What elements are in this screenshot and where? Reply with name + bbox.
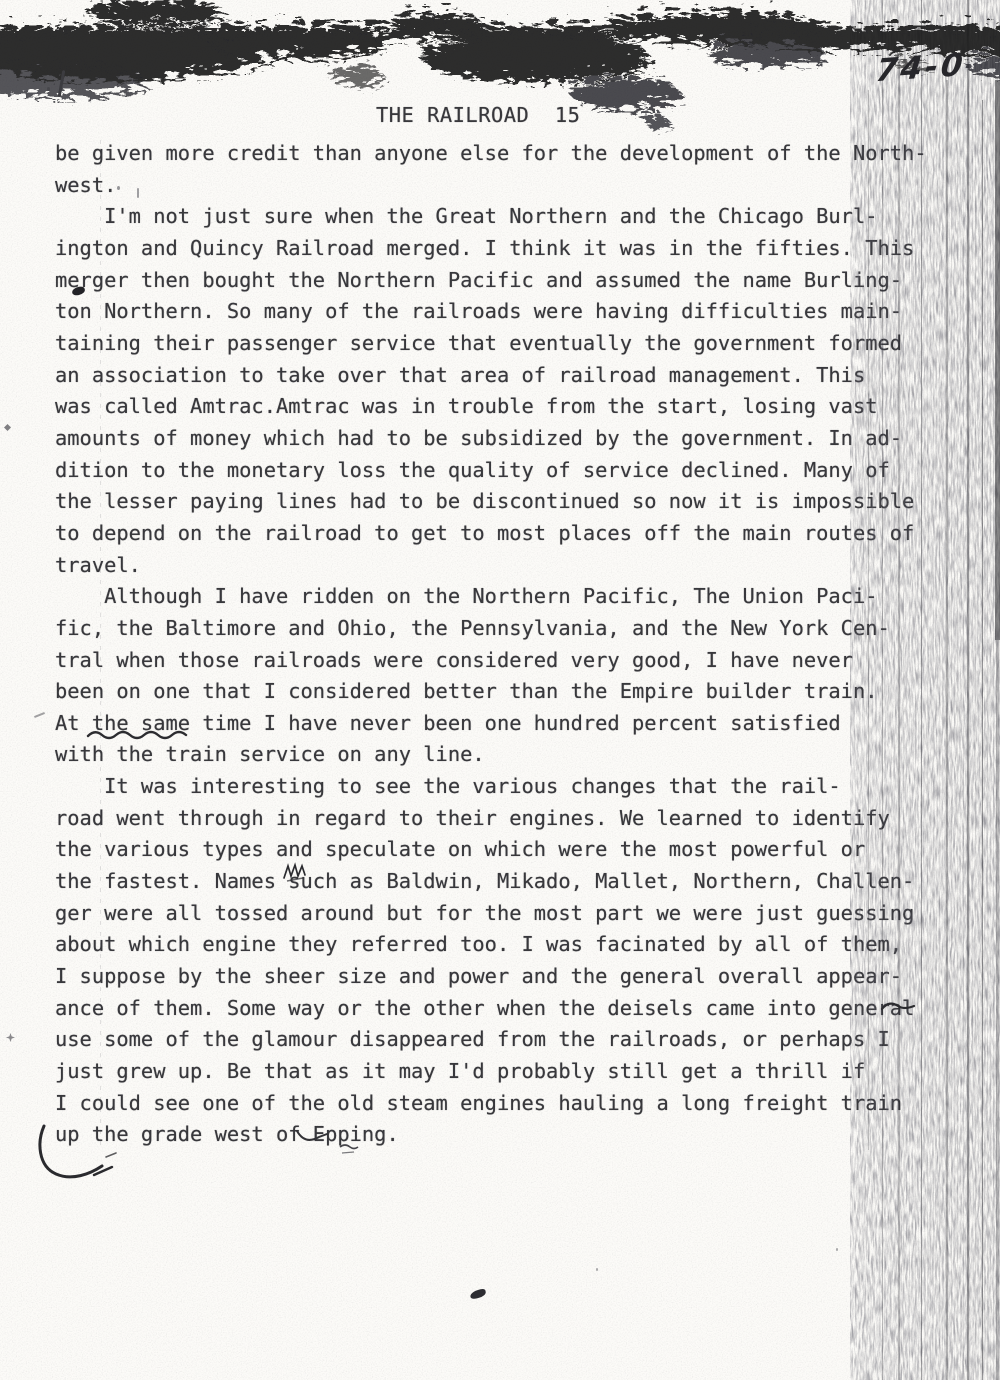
streak-line	[946, 80, 948, 1380]
typed-line: west.	[55, 170, 927, 202]
typed-line: an association to take over that area of…	[55, 360, 927, 392]
typed-line: the lesser paying lines had to be discon…	[55, 486, 927, 518]
typed-line: I could see one of the old steam engines…	[55, 1088, 927, 1120]
typed-line: travel.	[55, 550, 927, 582]
typed-line: fic, the Baltimore and Ohio, the Pennsyl…	[55, 613, 927, 645]
ink-speck	[836, 1248, 838, 1251]
margin-star-mark	[6, 1033, 15, 1042]
typed-line: dition to the monetary loss the quality …	[55, 455, 927, 487]
typed-line: been on one that I considered better tha…	[55, 676, 927, 708]
typed-line: with the train service on any line.	[55, 739, 927, 771]
typed-line: It was interesting to see the various ch…	[55, 771, 927, 803]
typed-line: ance of them. Some way or the other when…	[55, 993, 927, 1025]
typed-line: I suppose by the sheer size and power an…	[55, 961, 927, 993]
scanned-document-page: THE RAILROAD 15 be given more credit tha…	[0, 0, 1000, 1380]
ink-speck	[596, 1268, 598, 1271]
margin-diamond-mark	[4, 424, 11, 431]
typed-line: ington and Quincy Railroad merged. I thi…	[55, 233, 927, 265]
typed-line: I'm not just sure when the Great Norther…	[55, 201, 927, 233]
ink-blob-bottom-center	[469, 1288, 486, 1300]
typed-line: use some of the glamour disappeared from…	[55, 1024, 927, 1056]
typed-line: At the same time I have never been one h…	[55, 708, 927, 740]
typed-line: was called Amtrac.Amtrac was in trouble …	[55, 391, 927, 423]
typed-line: up the grade west of Epping.	[55, 1119, 927, 1151]
typed-line: just grew up. Be that as it may I'd prob…	[55, 1056, 927, 1088]
typed-line: the fastest. Names such as Baldwin, Mika…	[55, 866, 927, 898]
right-edge-dark-streak	[995, 80, 1000, 640]
typed-line: merger then bought the Northern Pacific …	[55, 265, 927, 297]
margin-tick-mark	[34, 712, 45, 718]
typed-line: taining their passenger service that eve…	[55, 328, 927, 360]
typed-line: be given more credit than anyone else fo…	[55, 138, 927, 170]
typed-line: Although I have ridden on the Northern P…	[55, 581, 927, 613]
margin-dot-mark	[47, 87, 50, 91]
streak-line	[982, 100, 983, 1380]
margin-slash-mark	[58, 70, 65, 97]
typed-line: to depend on the railroad to get to most…	[55, 518, 927, 550]
streak-line	[967, 0, 969, 1380]
typed-line: ger were all tossed around but for the m…	[55, 898, 927, 930]
typed-line: road went through in regard to their eng…	[55, 803, 927, 835]
right-edge-dark-streak-lower	[996, 640, 999, 1380]
handwritten-page-number: 74-0	[874, 47, 967, 90]
typed-line: amounts of money which had to be subsidi…	[55, 423, 927, 455]
typed-line: tral when those railroads were considere…	[55, 645, 927, 677]
typed-line: ton Northern. So many of the railroads w…	[55, 296, 927, 328]
typed-body: be given more credit than anyone else fo…	[55, 138, 927, 1151]
page-title: THE RAILROAD 15	[376, 100, 580, 132]
typed-line: about which engine they referred too. I …	[55, 929, 927, 961]
typed-line: the various types and speculate on which…	[55, 834, 927, 866]
